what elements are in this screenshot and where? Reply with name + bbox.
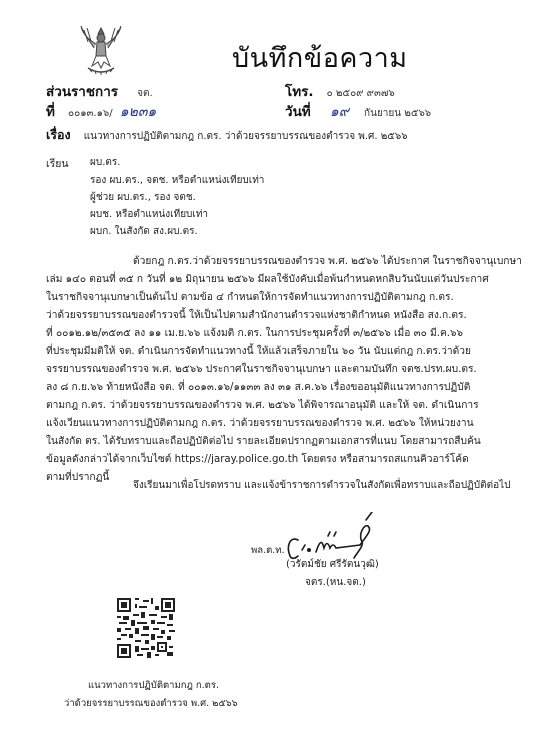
signature-scribble-icon (282, 512, 382, 562)
paragraph-line: ตามกฎ ก.ตร. ว่าด้วยจรรยาบรรณของตำรวจ พ.ศ… (46, 397, 516, 415)
paragraph-line: ที่ ๐๐๑๒.๑๒/๓๕๓๕ ลง ๑๑ เม.ย.๖๖ แจ้งมติ ก… (46, 325, 516, 343)
phone-field: โทร. ๐ ๒๕๐๙ ๙๓๗๖ (285, 80, 395, 102)
department-field: ส่วนราชการ จต. (46, 80, 153, 102)
phone-label: โทร. (285, 84, 314, 100)
paragraph-line: เล่ม ๑๔๐ ตอนที่ ๓๕ ก วันที่ ๑๒ มิถุนายน … (46, 271, 516, 289)
date-month-year: กันยายน ๒๕๖๖ (364, 108, 431, 119)
addressee-line: รอง ผบ.ตร., จตช. หรือตำแหน่งเทียบเท่า (90, 173, 264, 188)
garuda-emblem-icon (78, 24, 124, 76)
paragraph-line: ลง ๘ ก.ย.๖๖ ท้ายหนังสือ จต. ที่ ๐๐๑๓.๑๖/… (46, 379, 516, 397)
paragraph-line: จรรยาบรรณของตำรวจ พ.ศ. ๒๕๖๖ ประกาศในราชก… (46, 361, 516, 379)
qr-caption-line1: แนวทางการปฏิบัติตามกฎ ก.ตร. (88, 678, 219, 693)
signature-rank: พล.ต.ท. (251, 543, 285, 558)
qr-code-icon[interactable] (117, 598, 175, 658)
subject-field: เรื่อง แนวทางการปฏิบัติตามกฎ ก.ตร. ว่าด้… (46, 124, 408, 145)
reference-handwritten-number: ๑๒๓๑ (120, 104, 157, 120)
subject-label: เรื่อง (46, 127, 71, 142)
addressee-label: เรียน (46, 155, 69, 172)
department-label: ส่วนราชการ (46, 84, 118, 100)
signature-position: จตร.(หน.จต.) (305, 575, 366, 590)
date-label: วันที่ (285, 104, 311, 120)
department-value: จต. (137, 88, 153, 99)
signature-name: (วรัตม์ชัย ศรีรัตนวุฒิ) (286, 557, 379, 572)
qr-caption-line2: ว่าด้วยจรรยาบรรณของตำรวจ พ.ศ. ๒๕๖๖ (64, 696, 238, 711)
paragraph-line: ที่ประชุมมีมติให้ จต. ดำเนินการจัดทำแนวท… (46, 343, 516, 361)
paragraph-line: ข้อมูลดังกล่าวได้จากเว็บไซต์ https://jar… (46, 451, 516, 469)
paragraph-line: ในสังกัด ตร. ได้รับทราบและถือปฏิบัติต่อไ… (46, 433, 516, 451)
body-paragraph: ด้วยกฎ ก.ตร.ว่าด้วยจรรยาบรรณของตำรวจ พ.ศ… (46, 253, 516, 487)
addressee-line: ผบก. ในสังกัด สง.ผบ.ตร. (90, 224, 198, 239)
paragraph-line: แจ้งเวียนแนวทางการปฏิบัติตามกฎ ก.ตร. ว่า… (46, 415, 516, 433)
closing-sentence: จึงเรียนมาเพื่อโปรดทราบ และแจ้งข้าราชการ… (133, 478, 510, 493)
paragraph-line: ด้วยกฎ ก.ตร.ว่าด้วยจรรยาบรรณของตำรวจ พ.ศ… (46, 253, 516, 271)
subject-value: แนวทางการปฏิบัติตามกฎ ก.ตร. ว่าด้วยจรรยา… (84, 131, 408, 142)
date-field: วันที่ ๑๙ กันยายน ๒๕๖๖ (285, 100, 431, 123)
paragraph-line: ว่าด้วยจรรยาบรรณของตำรวจนี้ ให้เป็นไปตาม… (46, 307, 516, 325)
date-day-handwritten: ๑๙ (330, 104, 349, 120)
reference-field: ที่ ๐๐๑๓.๑๖/ ๑๒๓๑ (46, 100, 156, 123)
reference-label: ที่ (46, 104, 55, 120)
addressee-line: ผบ.ตร. (90, 155, 120, 170)
phone-value: ๐ ๒๕๐๙ ๙๓๗๖ (327, 88, 395, 99)
document-title: บันทึกข้อความ (232, 36, 408, 79)
reference-number: ๐๐๑๓.๑๖/ (68, 108, 113, 119)
addressee-line: ผู้ช่วย ผบ.ตร., รอง จตช. (90, 190, 196, 205)
addressee-line: ผบช. หรือตำแหน่งเทียบเท่า (90, 207, 208, 222)
paragraph-line: ในราชกิจจานุเบกษาเป็นต้นไป ตามข้อ ๔ กำหน… (46, 289, 516, 307)
